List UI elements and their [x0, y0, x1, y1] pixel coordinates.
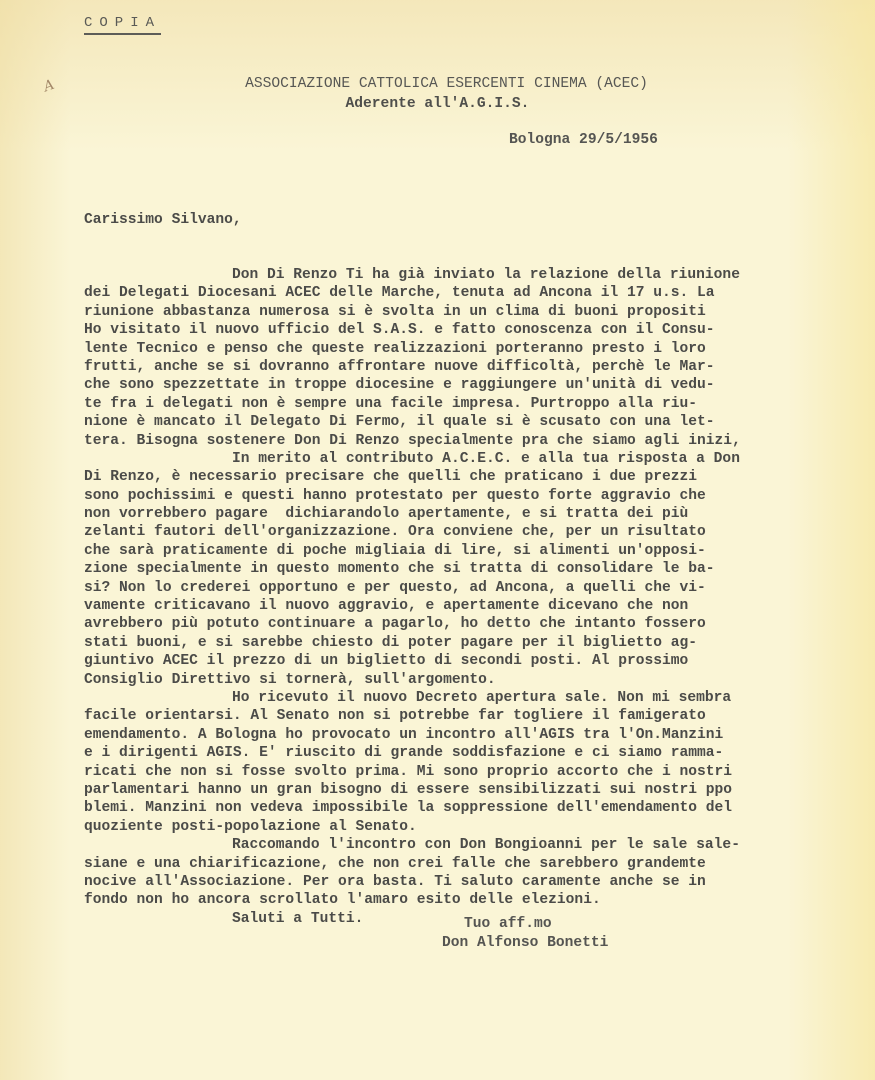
letter-line: e i dirigenti AGIS. E' riuscito di grand… [84, 744, 874, 762]
letter-line: quoziente posti-popolazione al Senato. [84, 818, 874, 836]
letter-line: stati buoni, e si sarebbe chiesto di pot… [84, 634, 874, 652]
letter-line: frutti, anche se si dovranno affrontare … [84, 358, 874, 376]
letter-line: tera. Bisogna sostenere Don Di Renzo spe… [84, 432, 874, 450]
letter-line: Consiglio Direttivo si tornerà, sull'arg… [84, 671, 874, 689]
letter-line: ricati che non si fosse svolto prima. Mi… [84, 763, 874, 781]
salutation: Carissimo Silvano, [84, 211, 874, 229]
letter-line: giuntivo ACEC il prezzo di un biglietto … [84, 652, 874, 670]
letter-line: In merito al contributo A.C.E.C. e alla … [84, 450, 874, 468]
letter-line: emendamento. A Bologna ho provocato un i… [84, 726, 874, 744]
place-and-date: Bologna 29/5/1956 [509, 132, 658, 148]
letter-line: blemi. Manzini non vedeva impossibile la… [84, 799, 874, 817]
letter-line: sono pochissimi e questi hanno protestat… [84, 487, 874, 505]
letter-line: siane e una chiarificazione, che non cre… [84, 855, 874, 873]
letter-line: facile orientarsi. Al Senato non si potr… [84, 707, 874, 725]
valediction: Tuo aff.mo [0, 915, 875, 934]
letter-line: che sono spezzettate in troppe diocesine… [84, 376, 874, 394]
letterhead: ASSOCIAZIONE CATTOLICA ESERCENTI CINEMA … [0, 74, 875, 114]
letter-line: Ho visitato il nuovo ufficio del S.A.S. … [84, 321, 874, 339]
signature: Don Alfonso Bonetti [0, 934, 875, 953]
letter-closing: Tuo aff.mo Don Alfonso Bonetti [0, 915, 875, 953]
copy-stamp: COPIA [84, 14, 161, 35]
letter-line: dei Delegati Diocesani ACEC delle Marche… [84, 284, 874, 302]
letter-line: Don Di Renzo Ti ha già inviato la relazi… [84, 266, 874, 284]
letter-line: Di Renzo, è necessario precisare che que… [84, 468, 874, 486]
letter-line: nione è mancato il Delegato Di Fermo, il… [84, 413, 874, 431]
letter-line: nocive all'Associazione. Per ora basta. … [84, 873, 874, 891]
letter-line: si? Non lo crederei opportuno e per ques… [84, 579, 874, 597]
organization-name: ASSOCIAZIONE CATTOLICA ESERCENTI CINEMA … [0, 74, 875, 94]
letter-line: vamente criticavano il nuovo aggravio, e… [84, 597, 874, 615]
letter-line: zione specialmente in questo momento che… [84, 560, 874, 578]
letter-line: zelanti fautori dell'organizzazione. Ora… [84, 523, 874, 541]
letter-line: lente Tecnico e penso che queste realizz… [84, 340, 874, 358]
letter-line: che sarà praticamente di poche migliaia … [84, 542, 874, 560]
typewritten-letter: COPIA A ASSOCIAZIONE CATTOLICA ESERCENTI… [0, 0, 875, 1080]
letter-line: parlamentari hanno un gran bisogno di es… [84, 781, 874, 799]
letter-line: te fra i delegati non è sempre una facil… [84, 395, 874, 413]
letter-line: fondo non ho ancora scrollato l'amaro es… [84, 891, 874, 909]
letter-line: Ho ricevuto il nuovo Decreto apertura sa… [84, 689, 874, 707]
letter-line: non vorrebbero pagare dichiarandolo aper… [84, 505, 874, 523]
letter-line: riunione abbastanza numerosa si è svolta… [84, 303, 874, 321]
letter-line: Raccomando l'incontro con Don Bongioanni… [84, 836, 874, 854]
organization-affiliation: Aderente all'A.G.I.S. [0, 94, 875, 114]
letter-line: avrebbero più potuto continuare a pagarl… [84, 615, 874, 633]
letter-body: Carissimo Silvano, Don Di Renzo Ti ha gi… [84, 174, 874, 928]
